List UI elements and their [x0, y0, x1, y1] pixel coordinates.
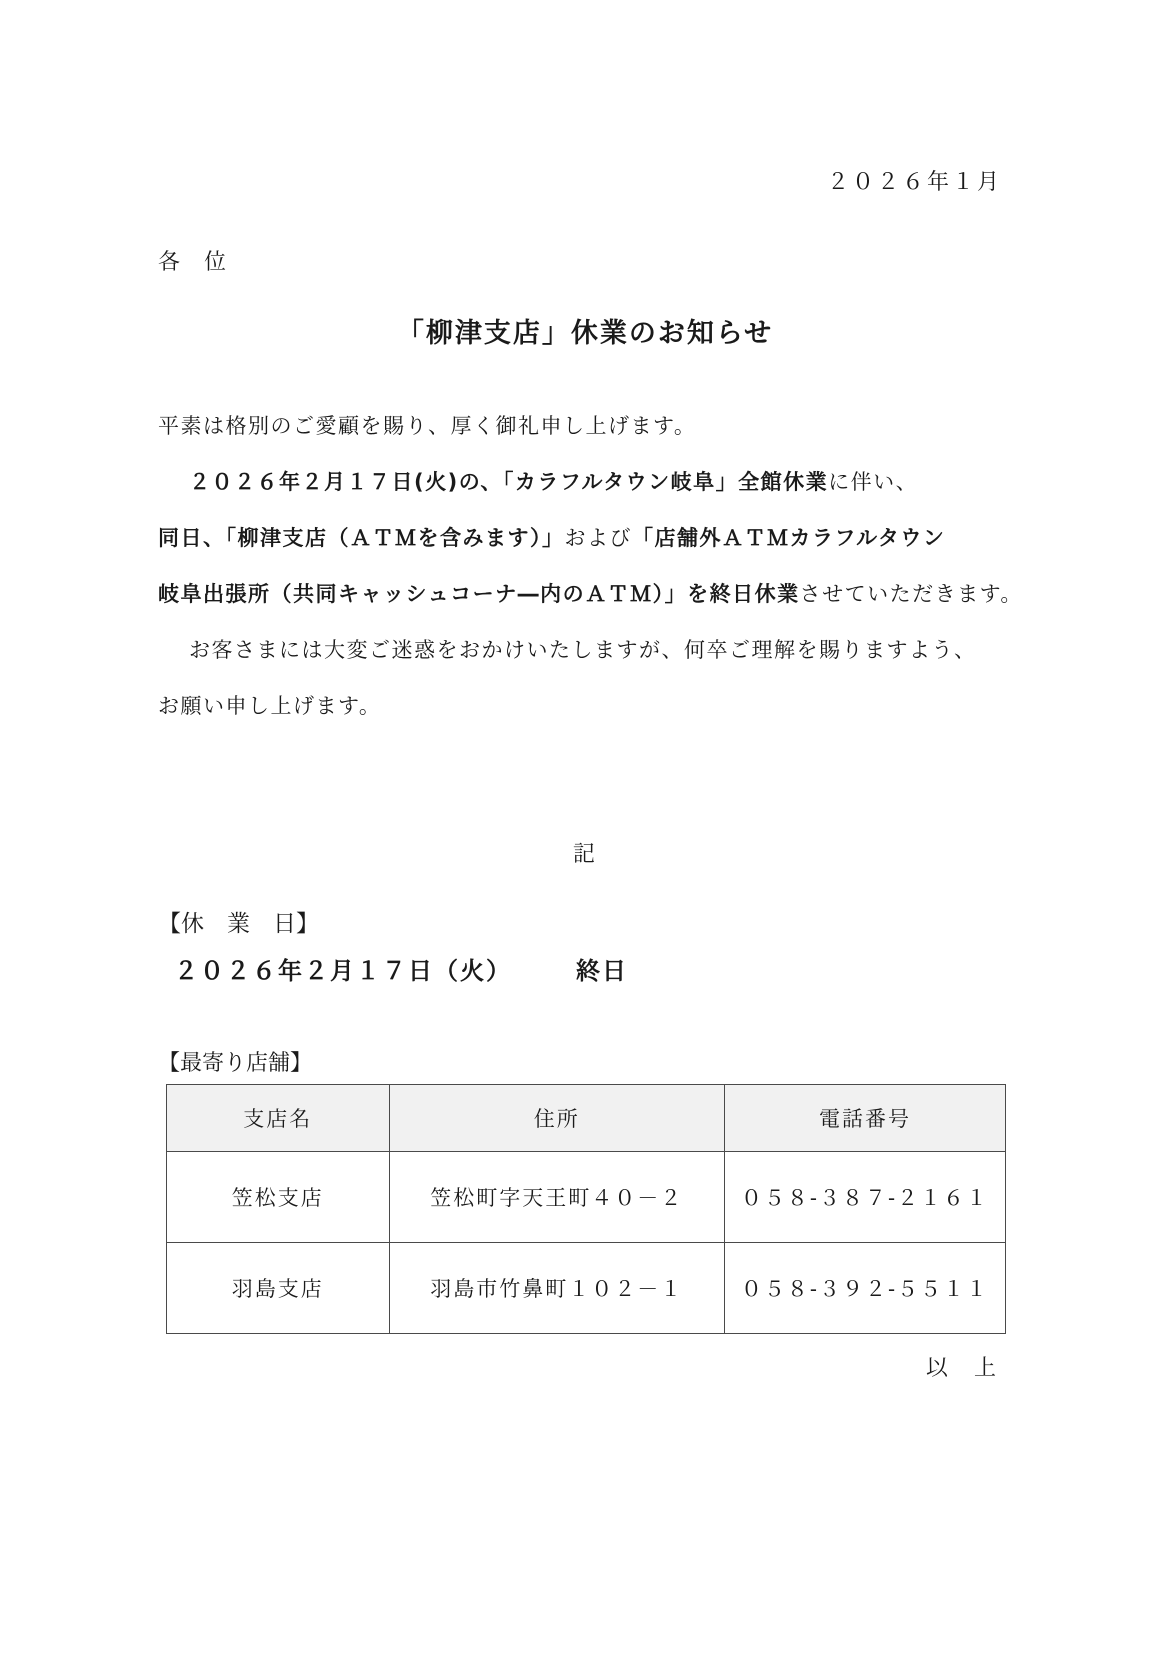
nearest-stores-heading: 【最寄り店舗】 — [158, 1048, 1012, 1079]
branch-name-cell: 笠松支店 — [167, 1152, 390, 1243]
notice-line-2: 同日、「柳津支店（ＡＴＭを含みます）」および「店舗外ＡＴＭカラフルタウン — [158, 510, 1012, 566]
notice-line-3: 岐阜出張所（共同キャッシュコーナ―内のＡＴＭ）」を終日休業させていただきます。 — [158, 566, 1012, 622]
closed-day-date: ２０２６年２月１７日（火） — [174, 957, 512, 985]
table-row: 羽島支店 羽島市竹鼻町１０２－１ ０５８-３９２-５５１１ — [167, 1243, 1006, 1334]
apology-line-1: お客さまには大変ご迷惑をおかけいたしますが、何卒ご理解を賜りますよう、 — [158, 622, 1012, 678]
greeting-line: 平素は格別のご愛顧を賜り、厚く御礼申し上げます。 — [158, 398, 1012, 454]
closed-day-duration: 終日 — [576, 957, 628, 985]
record-marker: 記 — [158, 840, 1012, 870]
apology-line-2: お願い申し上げます。 — [158, 678, 1012, 734]
table-header-row: 支店名 住所 電話番号 — [167, 1085, 1006, 1152]
table-row: 笠松支店 笠松町字天王町４０－２ ０５８-３８７-２１６１ — [167, 1152, 1006, 1243]
document-page: ２０２６年１月 各 位 「柳津支店」休業のお知らせ 平素は格別のご愛顧を賜り、厚… — [0, 0, 1170, 1655]
column-header-phone: 電話番号 — [724, 1085, 1005, 1152]
notice-line-3-emphasis: 岐阜出張所（共同キャッシュコーナ―内のＡＴＭ）」を終日休業 — [158, 582, 800, 606]
notice-line-1-plain: に伴い、 — [828, 470, 918, 494]
issue-date: ２０２６年１月 — [158, 168, 1002, 198]
branch-name-cell: 羽島支店 — [167, 1243, 390, 1334]
page-title: 「柳津支店」休業のお知らせ — [158, 316, 1012, 352]
notice-line-1: ２０２６年２月１７日(火)の、「カラフルタウン岐阜」全館休業に伴い、 — [158, 454, 1012, 510]
closed-day-heading: 【休 業 日】 — [158, 908, 1012, 940]
address-cell: 羽島市竹鼻町１０２－１ — [389, 1243, 724, 1334]
notice-line-2-connector: および — [565, 526, 633, 550]
closed-day-value: ２０２６年２月１７日（火）終日 — [158, 954, 1012, 988]
column-header-address: 住所 — [389, 1085, 724, 1152]
notice-line-2-emphasis-a: 同日、「柳津支店（ＡＴＭを含みます）」 — [158, 526, 565, 550]
notice-paragraph: ２０２６年２月１７日(火)の、「カラフルタウン岐阜」全館休業に伴い、 同日、「柳… — [158, 454, 1012, 622]
phone-cell: ０５８-３８７-２１６１ — [724, 1152, 1005, 1243]
phone-cell: ０５８-３９２-５５１１ — [724, 1243, 1005, 1334]
notice-line-3-plain: させていただきます。 — [800, 582, 1023, 606]
salutation: 各 位 — [158, 248, 1012, 278]
nearest-stores-table: 支店名 住所 電話番号 笠松支店 笠松町字天王町４０－２ ０５８-３８７-２１６… — [166, 1084, 1006, 1334]
body-text: 平素は格別のご愛顧を賜り、厚く御礼申し上げます。 ２０２６年２月１７日(火)の、… — [158, 398, 1012, 734]
column-header-branch: 支店名 — [167, 1085, 390, 1152]
closing-marker: 以 上 — [158, 1354, 998, 1384]
apology-paragraph: お客さまには大変ご迷惑をおかけいたしますが、何卒ご理解を賜りますよう、 お願い申… — [158, 622, 1012, 734]
notice-line-2-emphasis-b: 「店舗外ＡＴＭカラフルタウン — [632, 526, 945, 550]
address-cell: 笠松町字天王町４０－２ — [389, 1152, 724, 1243]
notice-line-1-emphasis: ２０２６年２月１７日(火)の、「カラフルタウン岐阜」全館休業 — [189, 470, 828, 494]
